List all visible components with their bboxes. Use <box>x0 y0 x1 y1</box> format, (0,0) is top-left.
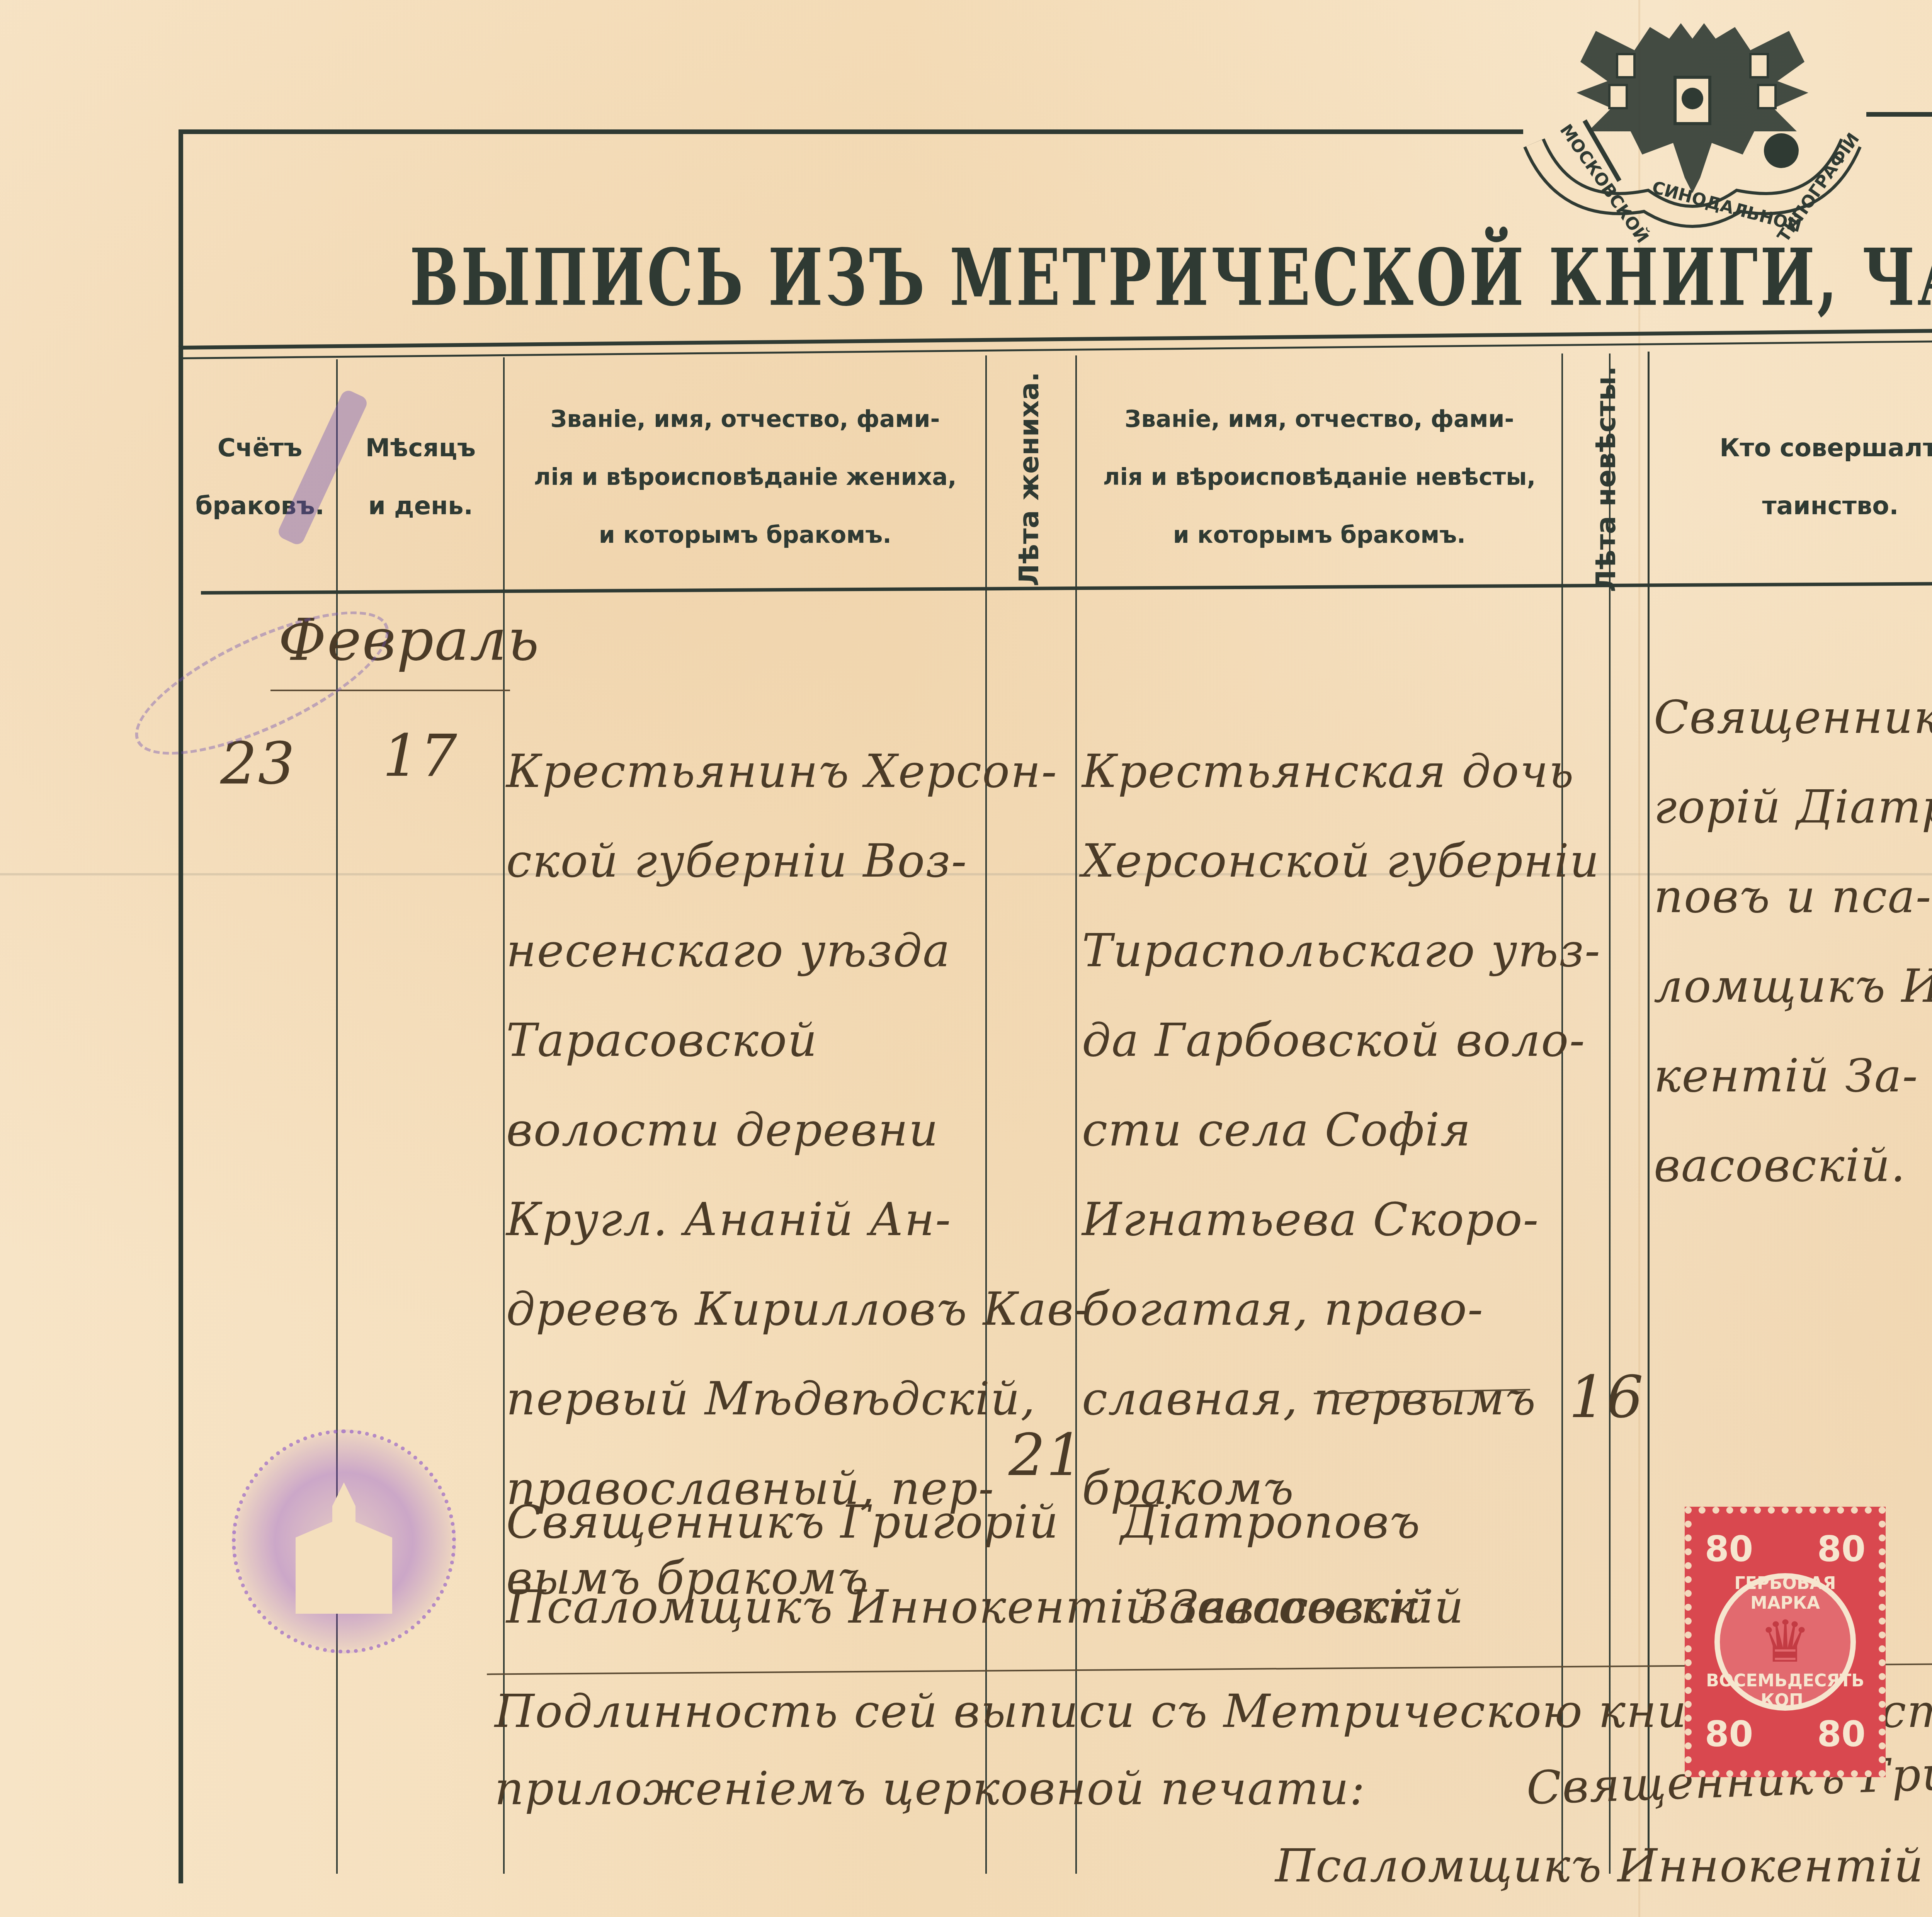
header-bride: Званіе, имя, отчество, фами- лія и вѣрои… <box>1077 363 1561 591</box>
revenue-stamp: 8080 ГЕРБОВАЯ МАРКА ♛ ВОСЕМЬДЕСЯТЬ КОП. … <box>1685 1507 1886 1777</box>
col-line-7 <box>1648 352 1650 1874</box>
stamp-oval: ГЕРБОВАЯ МАРКА ♛ ВОСЕМЬДЕСЯТЬ КОП. <box>1714 1573 1856 1710</box>
entry-day: 17 <box>383 722 458 790</box>
bride-col-signature-1: Діатроповъ <box>1121 1495 1421 1548</box>
groom-age: 21 <box>1009 1422 1084 1489</box>
title-printed: ВЫПИСЬ ИЗЪ МЕТРИЧЕСКОЙ КНИГИ, ЧАСТЬ ВТОР… <box>410 232 1932 324</box>
church-seal <box>232 1429 456 1654</box>
officiant-details: Священникъ Гри- горій Діатро- повъ и пса… <box>1654 672 1932 1210</box>
top-border-left <box>179 129 1523 134</box>
coat-of-arms: МОСКОВСКОЙ СИНОДАЛЬНОЙ ТИПОГРАФІИ <box>1519 15 1866 243</box>
header-groom-age: Лѣта жениха. <box>1013 363 1048 595</box>
bride-age: 16 <box>1569 1364 1644 1431</box>
top-border-right <box>1866 112 1932 117</box>
bride-details: Крестьянская дочь Херсонской губерніи Ти… <box>1082 726 1601 1533</box>
groom-col-signature-2: Псаломщикъ Иннокентій Завасовскій <box>506 1580 1464 1633</box>
psalmist-signature: Псаломщикъ Иннокентій Завасовскій <box>1275 1839 1932 1892</box>
header-officiant: Кто совершалъ таинство. <box>1650 363 1932 591</box>
certification-line-2: приложеніемъ церковной печати: <box>495 1762 1366 1815</box>
stamp-text-bottom: ВОСЕМЬДЕСЯТЬ КОП. <box>1706 1671 1864 1710</box>
church-icon <box>296 1482 392 1614</box>
groom-details: Крестьянинъ Херсон- ской губерніи Воз- н… <box>506 726 1090 1623</box>
document-title: ВЫПИСЬ ИЗЪ МЕТРИЧЕСКОЙ КНИГИ, ЧАСТЬ ВТОР… <box>410 232 1932 367</box>
header-groom: Званіе, имя, отчество, фами- лія и вѣрои… <box>505 363 985 591</box>
left-border <box>179 129 183 1883</box>
groom-col-signature-1: Священникъ Григорій <box>506 1495 1059 1548</box>
imperial-eagle-icon: ♛ <box>1759 1613 1811 1671</box>
stamp-text-top: ГЕРБОВАЯ МАРКА <box>1720 1574 1851 1613</box>
header-bride-age: Лѣта невѣсты. <box>1590 359 1625 599</box>
col-line-2 <box>503 357 505 1874</box>
